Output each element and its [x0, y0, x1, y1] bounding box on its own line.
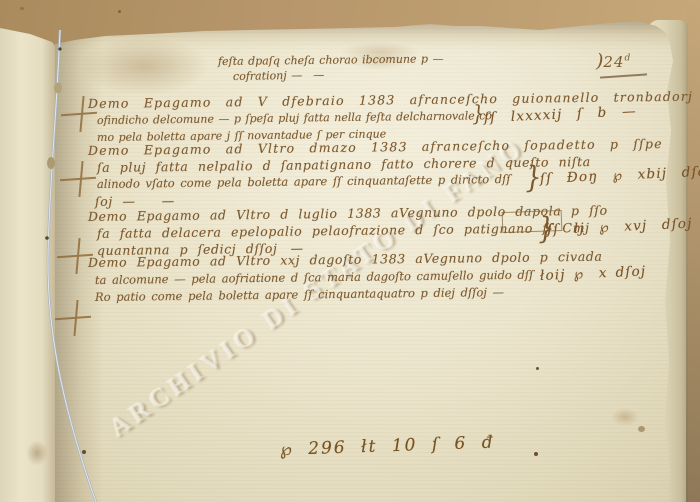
- ink-spot: [534, 452, 538, 456]
- manuscript-photo: ARCHIVIO DI STATO DI FANO feſta dpaſq ch…: [0, 0, 700, 502]
- folio-suffix: d: [625, 54, 631, 64]
- fox-spot: [611, 408, 639, 426]
- folio-number: )24d: [596, 50, 630, 72]
- entry-cross-mark: [60, 161, 96, 197]
- heading-line-1: feſta dpaſq cheſa chorao ibcomune p —: [218, 53, 444, 67]
- ink-spot: [536, 367, 539, 370]
- entry1-brace: }: [472, 103, 485, 125]
- entry-cross-mark: [55, 300, 91, 336]
- ink-spot: [638, 426, 645, 432]
- water-stain: [80, 36, 210, 96]
- right-edge-shadow: [686, 0, 700, 502]
- entry2-line4: ſoj — —: [95, 195, 175, 208]
- previous-page-edge: [0, 22, 60, 502]
- gutter-stain: [26, 440, 48, 466]
- desk-speck: [20, 7, 24, 10]
- folio-digits: 24: [603, 53, 624, 71]
- desk-speck: [118, 10, 121, 13]
- heading-line-2: cofrationj — —: [233, 69, 324, 82]
